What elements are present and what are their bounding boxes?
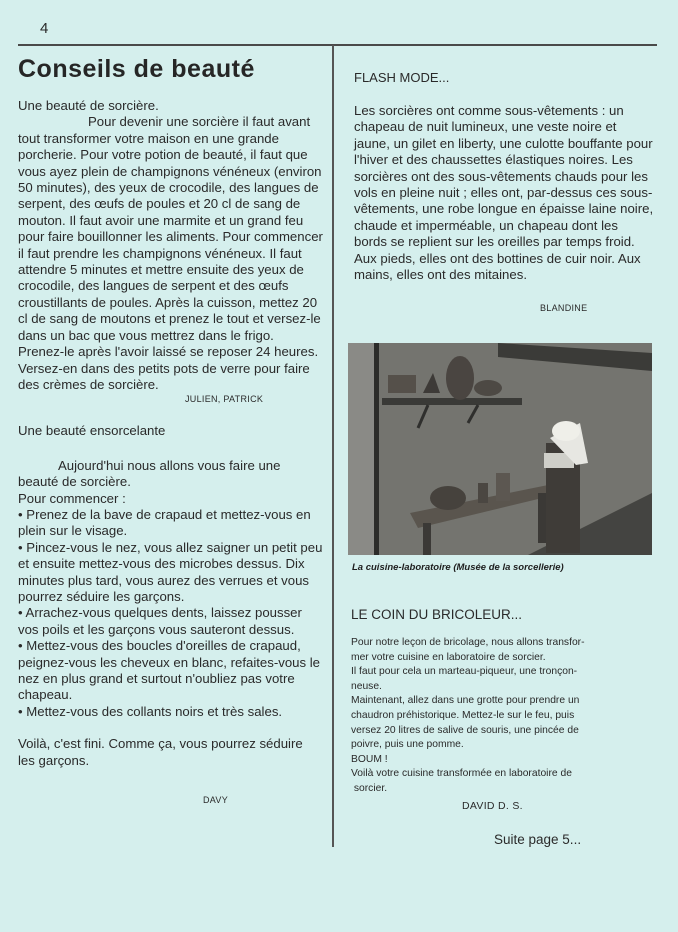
- text-line: sorcier.: [351, 782, 661, 797]
- text-line: Maintenant, allez dans une grotte pour p…: [351, 694, 661, 709]
- bullet-item: • Pincez-vous le nez, vous allez saigner…: [18, 540, 323, 606]
- article-conclusion: Voilà, c'est fini. Comme ça, vous pourre…: [18, 736, 323, 769]
- column-divider: [332, 45, 334, 847]
- continued-on-page-5: Suite page 5...: [494, 832, 581, 847]
- text-line: versez 20 litres de salive de souris, un…: [351, 724, 661, 739]
- article-signature: DAVY: [18, 795, 323, 805]
- article-body: Pour devenir une sorcière il faut avant …: [18, 114, 323, 393]
- article-lead: Pour commencer :: [18, 491, 323, 507]
- photo-illustration: [348, 343, 652, 555]
- article-coin-du-bricoleur: LE COIN DU BRICOLEUR... Pour notre leçon…: [351, 607, 661, 812]
- bullet-item: • Arrachez-vous quelques dents, laissez …: [18, 605, 323, 638]
- section-heading: FLASH MODE...: [354, 70, 654, 85]
- page-number: 4: [40, 20, 48, 37]
- bullet-item: • Mettez-vous des collants noirs et très…: [18, 704, 323, 720]
- article-heading: Une beauté de sorcière.: [18, 98, 323, 114]
- article-signature: BLANDINE: [354, 303, 654, 313]
- article-signature: DAVID D. S.: [351, 800, 661, 812]
- text-line: Voilà votre cuisine transformée en labor…: [351, 767, 661, 782]
- photo-caption: La cuisine-laboratoire (Musée de la sorc…: [352, 562, 564, 573]
- laboratory-photo: [348, 343, 652, 555]
- text-line: Pour notre leçon de bricolage, nous allo…: [351, 636, 661, 651]
- text-line: BOUM !: [351, 753, 661, 768]
- left-column: Conseils de beauté Une beauté de sorcièr…: [18, 55, 323, 805]
- article-beaute-sorciere: Une beauté de sorcière. Pour devenir une…: [18, 98, 323, 404]
- text-line: Il faut pour cela un marteau-piqueur, un…: [351, 665, 661, 680]
- page-title: Conseils de beauté: [18, 55, 323, 84]
- section-heading: LE COIN DU BRICOLEUR...: [351, 607, 661, 622]
- top-rule: [18, 44, 657, 46]
- article-signature: JULIEN, PATRICK: [18, 394, 323, 404]
- text-line: poivre, puis une pomme.: [351, 738, 661, 753]
- article-body: Les sorcières ont comme sous-vêtements :…: [354, 103, 654, 283]
- text-line: mer votre cuisine en laboratoire de sorc…: [351, 651, 661, 666]
- article-flash-mode: FLASH MODE... Les sorcières ont comme so…: [354, 70, 654, 313]
- right-column: FLASH MODE... Les sorcières ont comme so…: [354, 70, 654, 313]
- bullet-item: • Prenez de la bave de crapaud et mettez…: [18, 507, 323, 540]
- text-line: neuse.: [351, 680, 661, 695]
- article-intro: Aujourd'hui nous allons vous faire une b…: [18, 458, 323, 491]
- article-beaute-ensorcelante: Une beauté ensorcelante Aujourd'hui nous…: [18, 423, 323, 805]
- article-heading: Une beauté ensorcelante: [18, 423, 323, 439]
- bullet-item: • Mettez-vous des boucles d'oreilles de …: [18, 638, 323, 704]
- text-line: chaudron préhistorique. Mettez-le sur le…: [351, 709, 661, 724]
